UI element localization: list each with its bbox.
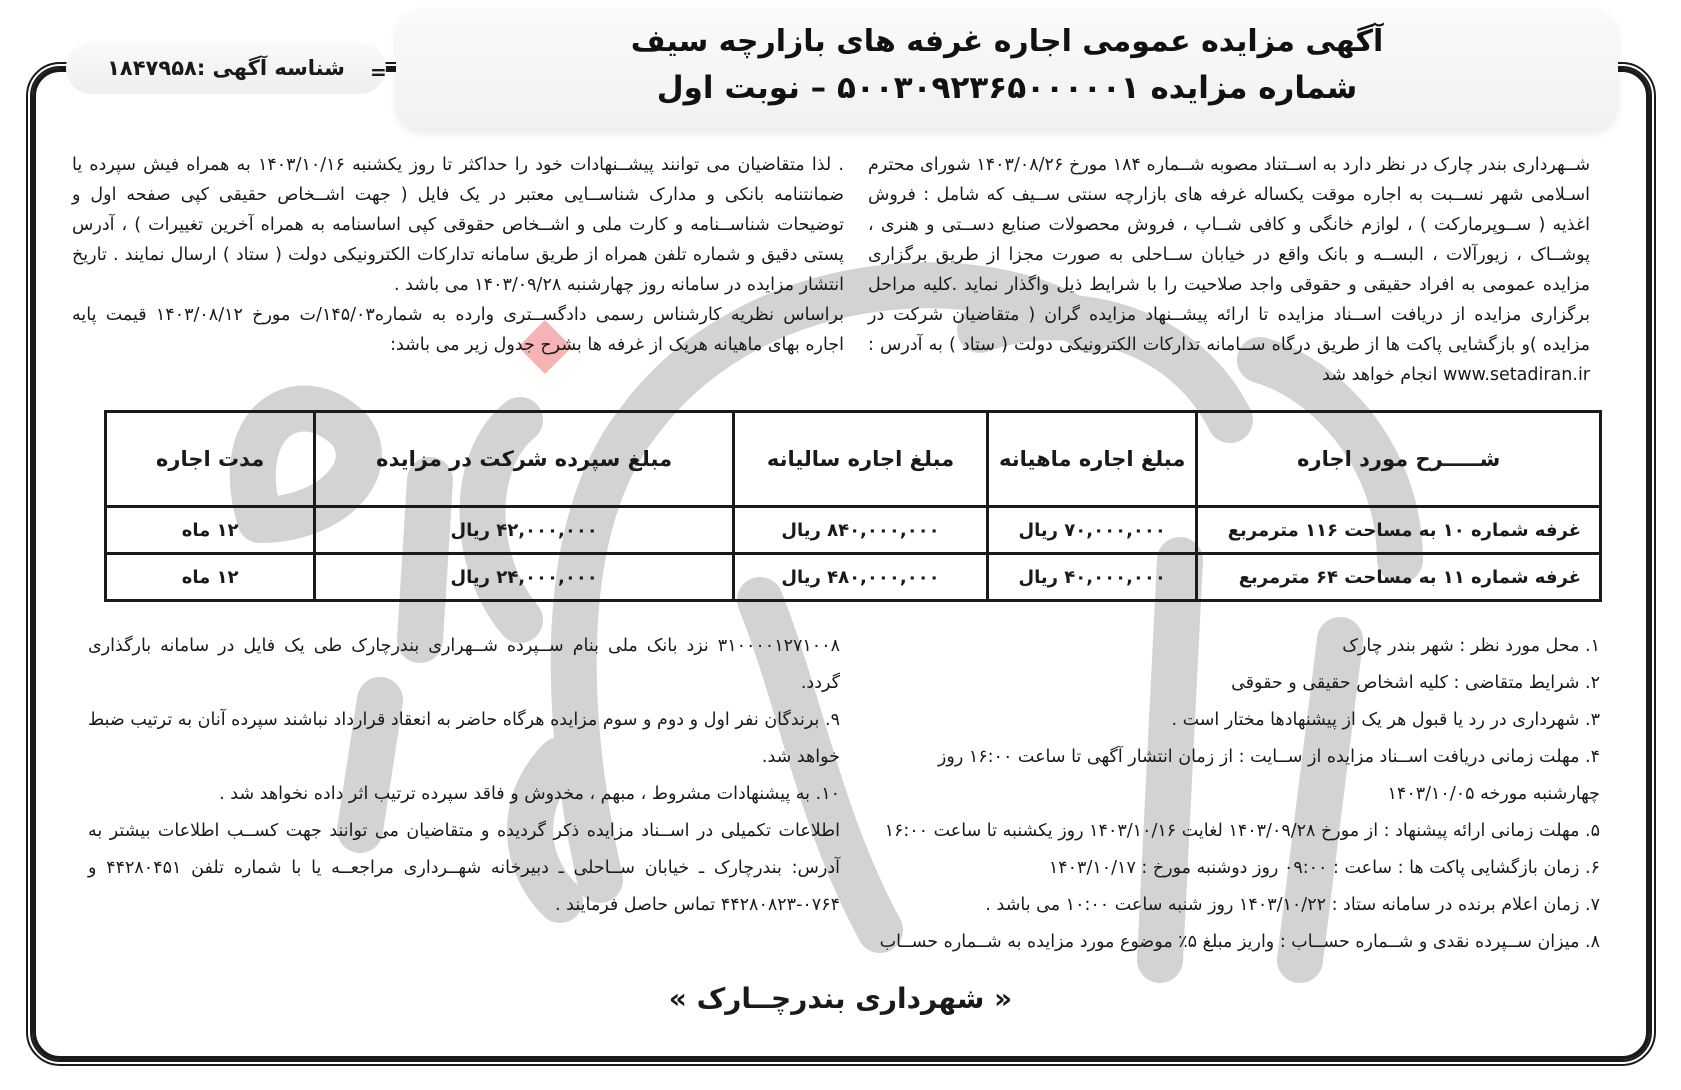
condition-item: ۱. محل مورد نظر : شهر بندر چارک <box>870 628 1600 665</box>
municipality-signature: « شهرداری بندرچــارک » <box>0 982 1681 1015</box>
header-description: شـــــرح مورد اجاره <box>1197 412 1601 507</box>
cell-annual-rent: ۸۴۰,۰۰۰,۰۰۰ ریال <box>733 507 987 554</box>
decorative-equals-icon: = <box>370 60 387 84</box>
cell-description: غرفه شماره ۱۱ به مساحت ۶۴ مترمربع <box>1197 554 1601 601</box>
condition-item: ۲. شرایط متقاضی : کلیه اشخاص حقیقی و حقو… <box>870 665 1600 702</box>
announcement-title: آگهی مزایده عمومی اجاره غرفه های بازارچه… <box>396 20 1618 64</box>
header-annual-rent: مبلغ اجاره سالیانه <box>733 412 987 507</box>
cell-deposit: ۲۴,۰۰۰,۰۰۰ ریال <box>315 554 734 601</box>
header-duration: مدت اجاره <box>106 412 315 507</box>
conditions-list-right: ۱. محل مورد نظر : شهر بندر چارک ۲. شرایط… <box>870 628 1600 961</box>
condition-item: ۳۱۰۰۰۰۱۲۷۱۰۰۸ نزد بانک ملی بنام ســپرده … <box>88 628 840 702</box>
submission-instructions: . لذا متقاضیان می توانند پیشــنهادات خود… <box>72 150 844 300</box>
header-deposit: مبلغ سپرده شرکت در مزایده <box>315 412 734 507</box>
condition-item: ۵. مهلت زمانی ارائه پیشنهاد : از مورخ ۱۴… <box>870 813 1600 850</box>
auction-number: شماره مزایده ۵۰۰۳۰۹۲۳۶۵۰۰۰۰۰۱ – نوبت اول <box>396 64 1618 112</box>
base-price-note: براساس نظریه کارشناس رسمی دادگســتری وار… <box>72 300 844 360</box>
condition-item: ۶. زمان بازگشایی پاکت ها : ساعت : ۰۹:۰۰ … <box>870 850 1600 887</box>
header-monthly-rent: مبلغ اجاره ماهیانه <box>988 412 1197 507</box>
condition-item: ۴. مهلت زمانی دریافت اســناد مزایده از س… <box>870 739 1600 813</box>
condition-item: ۱۰. به پیشنهادات مشروط ، مبهم ، مخدوش و … <box>88 776 840 813</box>
ad-id-label: شناسه آگهی :۱۸۴۷۹۵۸ <box>107 56 345 80</box>
cell-duration: ۱۲ ماه <box>106 554 315 601</box>
cell-description: غرفه شماره ۱۰ به مساحت ۱۱۶ مترمربع <box>1197 507 1601 554</box>
condition-item: ۳. شهرداری در رد یا قبول هر یک از پیشنها… <box>870 702 1600 739</box>
table-row: غرفه شماره ۱۱ به مساحت ۶۴ مترمربع ۴۰,۰۰۰… <box>106 554 1601 601</box>
condition-item: ۸. میزان ســپرده نقدی و شــماره حســاب :… <box>870 924 1600 961</box>
intro-paragraph-left: . لذا متقاضیان می توانند پیشــنهادات خود… <box>72 150 844 360</box>
announcement-title-box: آگهی مزایده عمومی اجاره غرفه های بازارچه… <box>396 10 1618 132</box>
table-row: غرفه شماره ۱۰ به مساحت ۱۱۶ مترمربع ۷۰,۰۰… <box>106 507 1601 554</box>
cell-monthly-rent: ۴۰,۰۰۰,۰۰۰ ریال <box>988 554 1197 601</box>
cell-monthly-rent: ۷۰,۰۰۰,۰۰۰ ریال <box>988 507 1197 554</box>
condition-item: ۹. برندگان نفر اول و دوم و سوم مزایده هر… <box>88 702 840 776</box>
intro-paragraph-right: شــهرداری بندر چارک در نظر دارد به اســت… <box>868 150 1590 390</box>
table-header-row: شـــــرح مورد اجاره مبلغ اجاره ماهیانه م… <box>106 412 1601 507</box>
cell-annual-rent: ۴۸۰,۰۰۰,۰۰۰ ریال <box>733 554 987 601</box>
conditions-list-left: ۳۱۰۰۰۰۱۲۷۱۰۰۸ نزد بانک ملی بنام ســپرده … <box>88 628 840 924</box>
contact-info: اطلاعات تکمیلی در اســناد مزایده ذکر گرد… <box>88 813 840 924</box>
cell-deposit: ۴۲,۰۰۰,۰۰۰ ریال <box>315 507 734 554</box>
cell-duration: ۱۲ ماه <box>106 507 315 554</box>
condition-item: ۷. زمان اعلام برنده در سامانه ستاد : ۱۴۰… <box>870 887 1600 924</box>
rent-table: شـــــرح مورد اجاره مبلغ اجاره ماهیانه م… <box>104 410 1602 602</box>
ad-id-badge: شناسه آگهی :۱۸۴۷۹۵۸ <box>66 42 386 94</box>
